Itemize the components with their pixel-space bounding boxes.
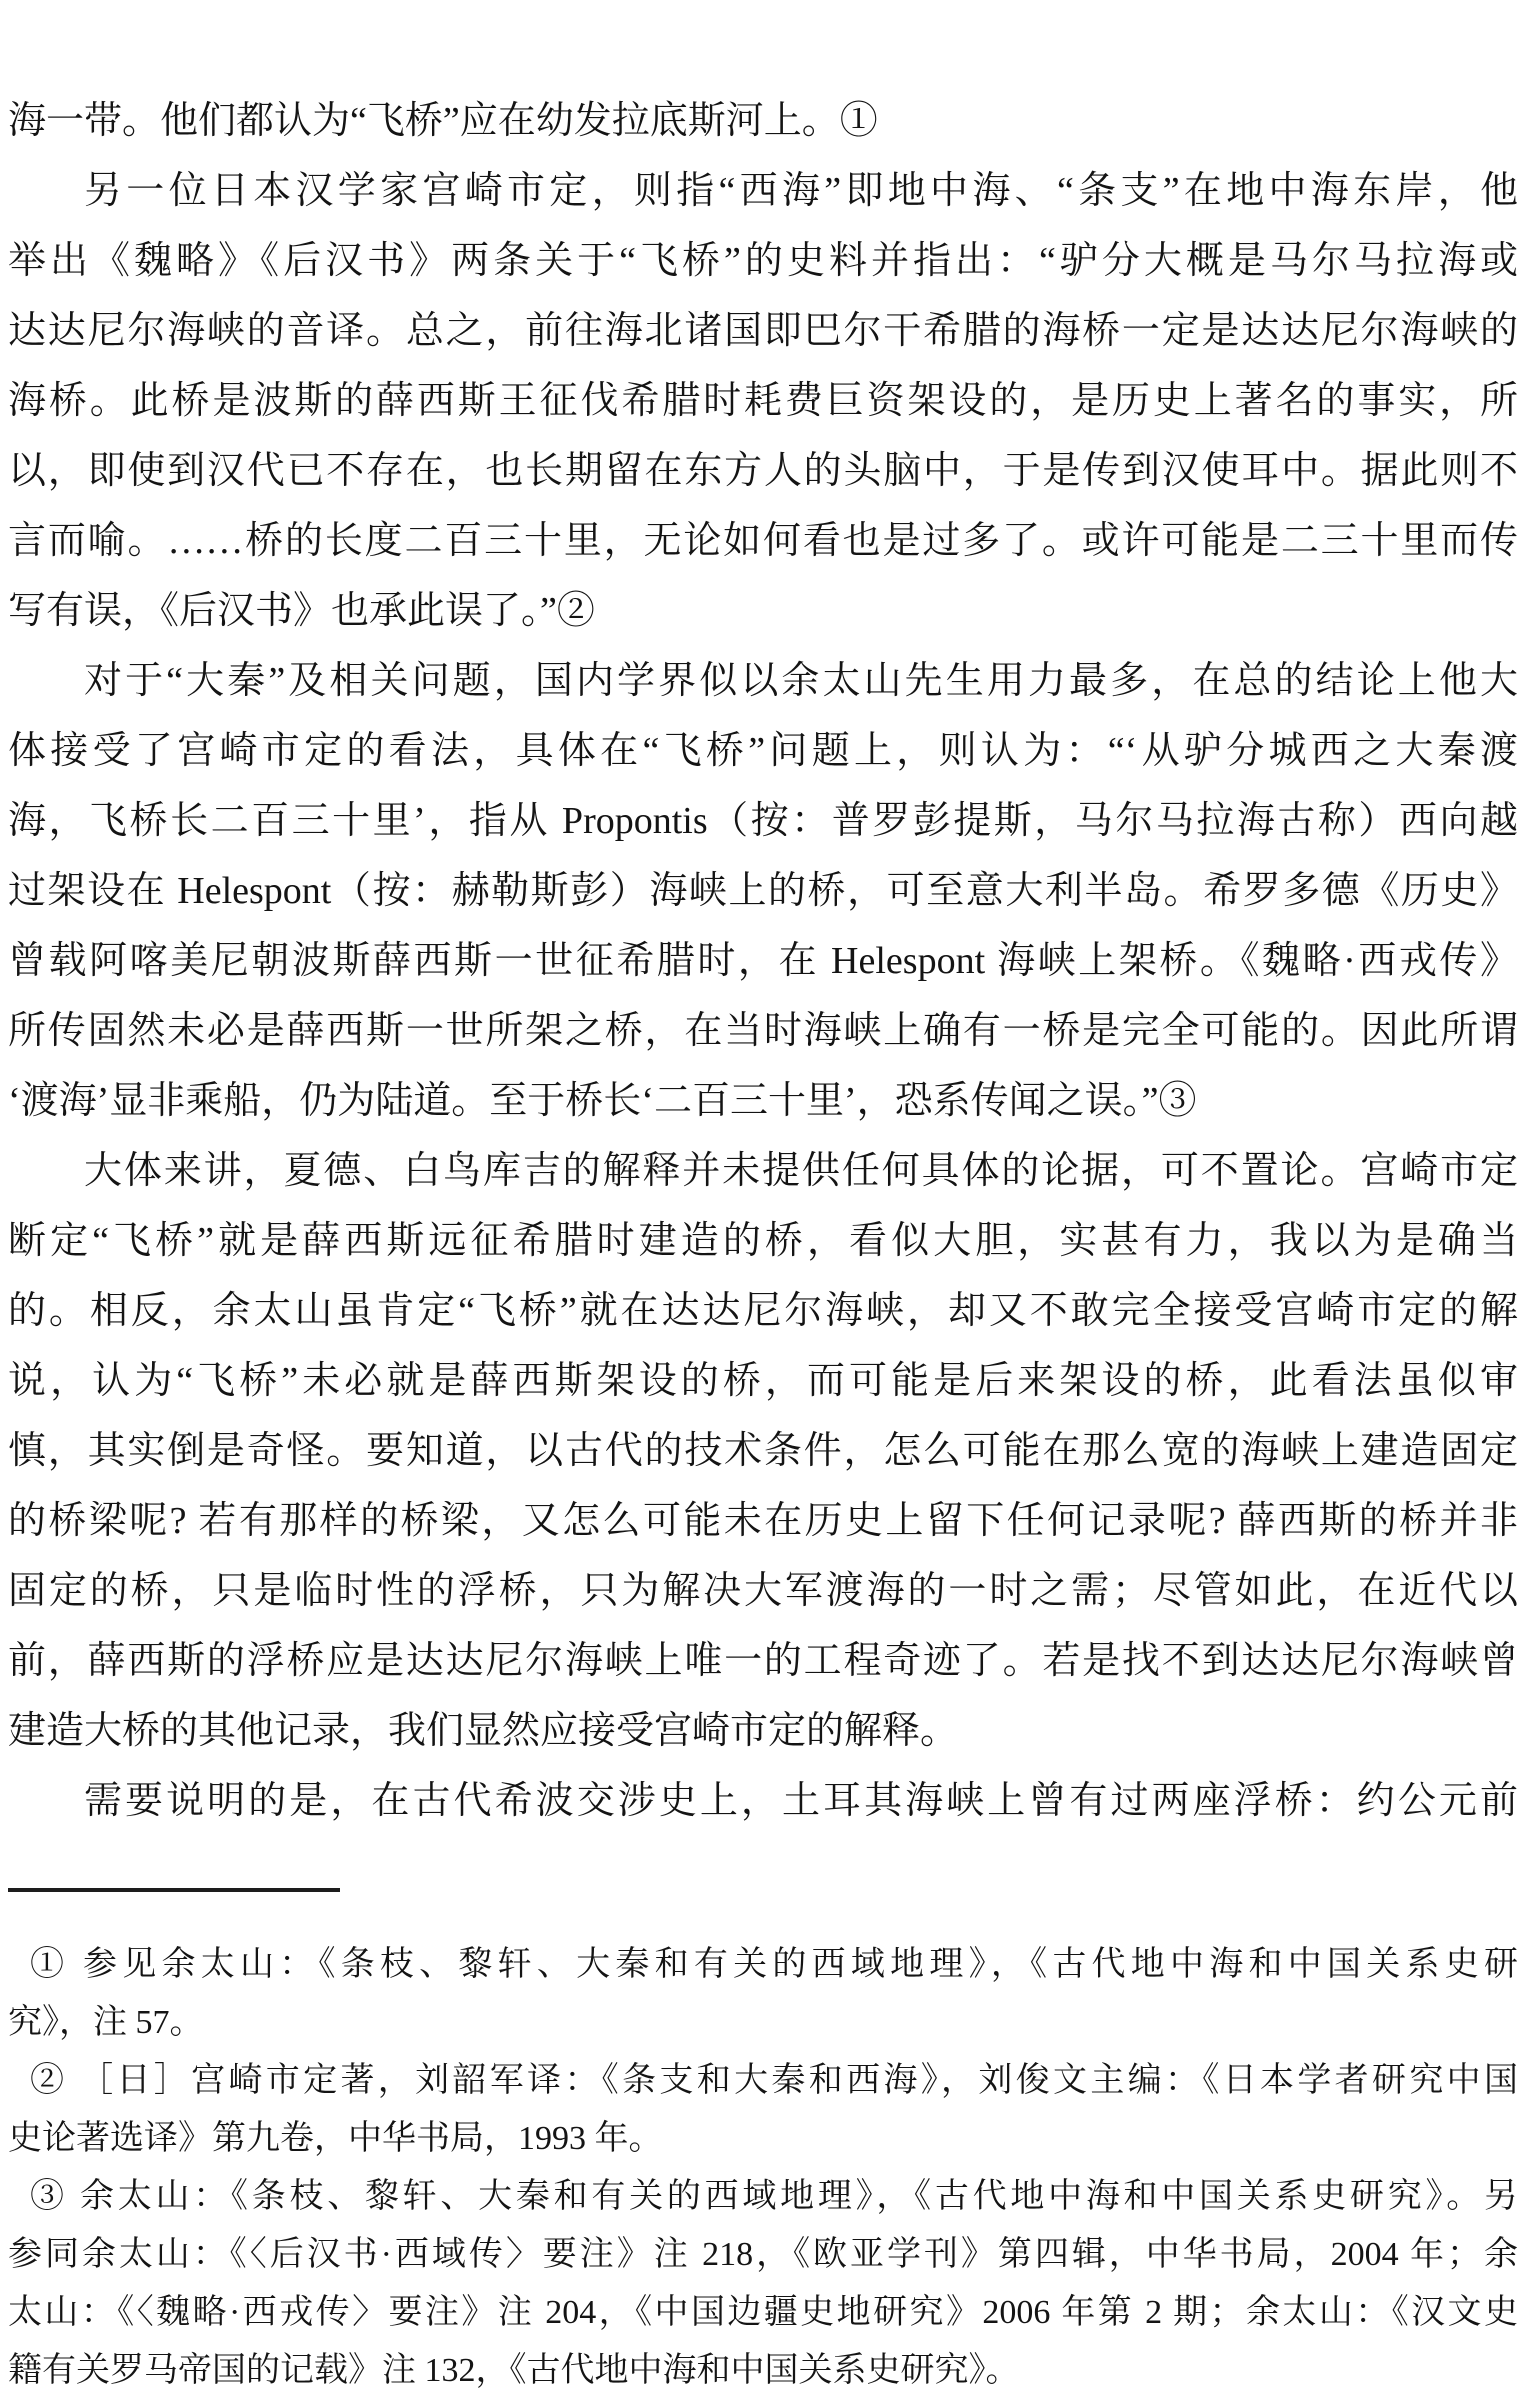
body-line: 另一位日本汉学家宫崎市定，则指“西海”即地中海、“条支”在地中海东岸，他 [8,156,1518,226]
document-page: 海一带。他们都认为“飞桥”应在幼发拉底斯河上。① 另一位日本汉学家宫崎市定，则指… [0,0,1536,2404]
footnote-item: ③ 余太山：《条枝、黎轩、大秦和有关的西域地理》，《古代地中海和中国关系史研究》… [8,2168,1518,2400]
body-line: 的桥梁呢? 若有那样的桥梁，又怎么可能未在历史上留下任何记录呢? 薛西斯的桥并非 [8,1486,1518,1556]
body-line: 写有误，《后汉书》也承此误了。”② [8,576,1518,646]
body-line: 大体来讲，夏德、白鸟库吉的解释并未提供任何具体的论据，可不置论。宫崎市定 [8,1136,1518,1206]
footnote-line: ① 参见余太山：《条枝、黎轩、大秦和有关的西域地理》，《古代地中海和中国关系史研 [8,1936,1518,1994]
body-line: 体接受了宫崎市定的看法，具体在“飞桥”问题上，则认为：“‘从驴分城西之大秦渡 [8,716,1518,786]
body-line: 对于“大秦”及相关问题，国内学界似以余太山先生用力最多，在总的结论上他大 [8,646,1518,716]
paragraph: 海一带。他们都认为“飞桥”应在幼发拉底斯河上。① [8,86,1518,156]
body-line: 慎，其实倒是奇怪。要知道，以古代的技术条件，怎么可能在那么宽的海峡上建造固定 [8,1416,1518,1486]
footnote-line: 史论著选译》第九卷，中华书局，1993 年。 [8,2110,1518,2168]
footnote-line: 究》，注 57。 [8,1994,1518,2052]
footnote-line: 太山：《〈魏略·西戎传〉要注》注 204，《中国边疆史地研究》2006 年第 2… [8,2284,1518,2342]
body-line: 曾载阿喀美尼朝波斯薛西斯一世征希腊时，在 Helespont 海峡上架桥。《魏略… [8,926,1518,996]
body-line: 需要说明的是，在古代希波交涉史上，土耳其海峡上曾有过两座浮桥：约公元前 [8,1766,1518,1836]
body-line: 断定“飞桥”就是薛西斯远征希腊时建造的桥，看似大胆，实甚有力，我以为是确当 [8,1206,1518,1276]
body-line: 所传固然未必是薛西斯一世所架之桥，在当时海峡上确有一桥是完全可能的。因此所谓 [8,996,1518,1066]
footnote-item: ② ［日］宫崎市定著，刘韶军译：《条支和大秦和西海》，刘俊文主编：《日本学者研究… [8,2052,1518,2168]
paragraph: 大体来讲，夏德、白鸟库吉的解释并未提供任何具体的论据，可不置论。宫崎市定 断定“… [8,1136,1518,1766]
body-line: 海桥。此桥是波斯的薛西斯王征伐希腊时耗费巨资架设的，是历史上著名的事实，所 [8,366,1518,436]
body-line: 建造大桥的其他记录，我们显然应接受宫崎市定的解释。 [8,1696,1518,1766]
body-text: 海一带。他们都认为“飞桥”应在幼发拉底斯河上。① 另一位日本汉学家宫崎市定，则指… [8,86,1518,1836]
footnote-line: ③ 余太山：《条枝、黎轩、大秦和有关的西域地理》，《古代地中海和中国关系史研究》… [8,2168,1518,2226]
body-line: 海一带。他们都认为“飞桥”应在幼发拉底斯河上。① [8,86,1518,156]
body-line: 固定的桥，只是临时性的浮桥，只为解决大军渡海的一时之需；尽管如此，在近代以 [8,1556,1518,1626]
body-line: 以，即使到汉代已不存在，也长期留在东方人的头脑中，于是传到汉使耳中。据此则不 [8,436,1518,506]
body-line: 言而喻。……桥的长度二百三十里，无论如何看也是过多了。或许可能是二三十里而传 [8,506,1518,576]
footnote-line: 籍有关罗马帝国的记载》注 132，《古代地中海和中国关系史研究》。 [8,2342,1518,2400]
body-line: 说，认为“飞桥”未必就是薛西斯架设的桥，而可能是后来架设的桥，此看法虽似审 [8,1346,1518,1416]
paragraph: 需要说明的是，在古代希波交涉史上，土耳其海峡上曾有过两座浮桥：约公元前 [8,1766,1518,1836]
paragraph: 另一位日本汉学家宫崎市定，则指“西海”即地中海、“条支”在地中海东岸，他 举出《… [8,156,1518,646]
footnotes: ① 参见余太山：《条枝、黎轩、大秦和有关的西域地理》，《古代地中海和中国关系史研… [8,1936,1518,2400]
body-line: 达达尼尔海峡的音译。总之，前往海北诸国即巴尔干希腊的海桥一定是达达尼尔海峡的 [8,296,1518,366]
body-line: 过架设在 Helespont（按：赫勒斯彭）海峡上的桥，可至意大利半岛。希罗多德… [8,856,1518,926]
footnote-separator [8,1888,340,1892]
body-line: 海，飞桥长二百三十里’，指从 Propontis（按：普罗彭提斯，马尔马拉海古称… [8,786,1518,856]
body-line: 举出《魏略》《后汉书》两条关于“飞桥”的史料并指出：“驴分大概是马尔马拉海或 [8,226,1518,296]
body-line: 的。相反，余太山虽肯定“飞桥”就在达达尼尔海峡，却又不敢完全接受宫崎市定的解 [8,1276,1518,1346]
footnote-item: ① 参见余太山：《条枝、黎轩、大秦和有关的西域地理》，《古代地中海和中国关系史研… [8,1936,1518,2052]
footnote-line: ② ［日］宫崎市定著，刘韶军译：《条支和大秦和西海》，刘俊文主编：《日本学者研究… [8,2052,1518,2110]
body-line: 前，薛西斯的浮桥应是达达尼尔海峡上唯一的工程奇迹了。若是找不到达达尼尔海峡曾 [8,1626,1518,1696]
paragraph: 对于“大秦”及相关问题，国内学界似以余太山先生用力最多，在总的结论上他大 体接受… [8,646,1518,1136]
footnote-line: 参同余太山：《〈后汉书·西域传〉要注》注 218，《欧亚学刊》第四辑，中华书局，… [8,2226,1518,2284]
body-line: ‘渡海’显非乘船，仍为陆道。至于桥长‘二百三十里’，恐系传闻之误。”③ [8,1066,1518,1136]
